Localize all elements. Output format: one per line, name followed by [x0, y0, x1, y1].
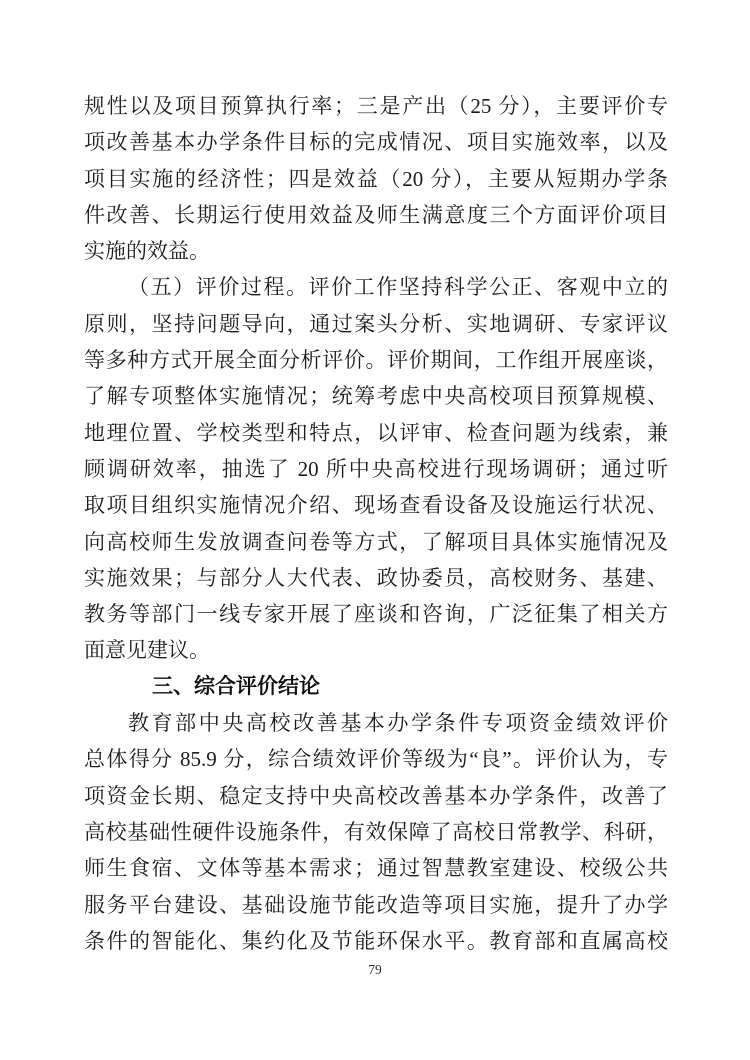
text-line: 高校基础性硬件设施条件，有效保障了高校日常教学、科研，	[84, 814, 668, 850]
text-line: 面意见建议。	[84, 632, 668, 668]
text-line: 教务等部门一线专家开展了座谈和咨询，广泛征集了相关方	[84, 596, 668, 632]
text-line: 取项目组织实施情况介绍、现场查看设备及设施运行状况、	[84, 487, 668, 523]
text-line: 向高校师生发放调查问卷等方式，了解项目具体实施情况及	[84, 524, 668, 560]
text-line: 总体得分 85.9 分，综合绩效评价等级为“良”。评价认为，专	[84, 741, 668, 777]
document-text: 规性以及项目预算执行率；三是产出（25 分），主要评价专项改善基本办学条件目标的…	[84, 88, 668, 959]
text-line: 地理位置、学校类型和特点，以评审、检查问题为线索，兼	[84, 415, 668, 451]
text-line: 件改善、长期运行使用效益及师生满意度三个方面评价项目	[84, 197, 668, 233]
text-line: （五）评价过程。评价工作坚持科学公正、客观中立的	[84, 269, 668, 305]
text-line: 教育部中央高校改善基本办学条件专项资金绩效评价	[84, 705, 668, 741]
section-heading: 三、综合评价结论	[84, 669, 668, 705]
text-line: 了解专项整体实施情况；统筹考虑中央高校项目预算规模、	[84, 378, 668, 414]
text-line: 实施的效益。	[84, 233, 668, 269]
text-line: 规性以及项目预算执行率；三是产出（25 分），主要评价专	[84, 88, 668, 124]
text-line: 服务平台建设、基础设施节能改造等项目实施，提升了办学	[84, 887, 668, 923]
text-line: 项改善基本办学条件目标的完成情况、项目实施效率，以及	[84, 124, 668, 160]
text-line: 项资金长期、稳定支持中央高校改善基本办学条件，改善了	[84, 778, 668, 814]
text-line: 条件的智能化、集约化及节能环保水平。教育部和直属高校	[84, 923, 668, 959]
text-line: 原则，坚持问题导向，通过案头分析、实地调研、专家评议	[84, 306, 668, 342]
text-line: 师生食宿、文体等基本需求；通过智慧教室建设、校级公共	[84, 850, 668, 886]
text-line: 顾调研效率，抽选了 20 所中央高校进行现场调研；通过听	[84, 451, 668, 487]
text-line: 等多种方式开展全面分析评价。评价期间，工作组开展座谈，	[84, 342, 668, 378]
document-page: 规性以及项目预算执行率；三是产出（25 分），主要评价专项改善基本办学条件目标的…	[0, 0, 750, 1060]
text-line: 项目实施的经济性；四是效益（20 分），主要从短期办学条	[84, 161, 668, 197]
page-footer: 79	[0, 961, 750, 979]
text-line: 实施效果；与部分人大代表、政协委员，高校财务、基建、	[84, 560, 668, 596]
page-number: 79	[368, 962, 382, 977]
